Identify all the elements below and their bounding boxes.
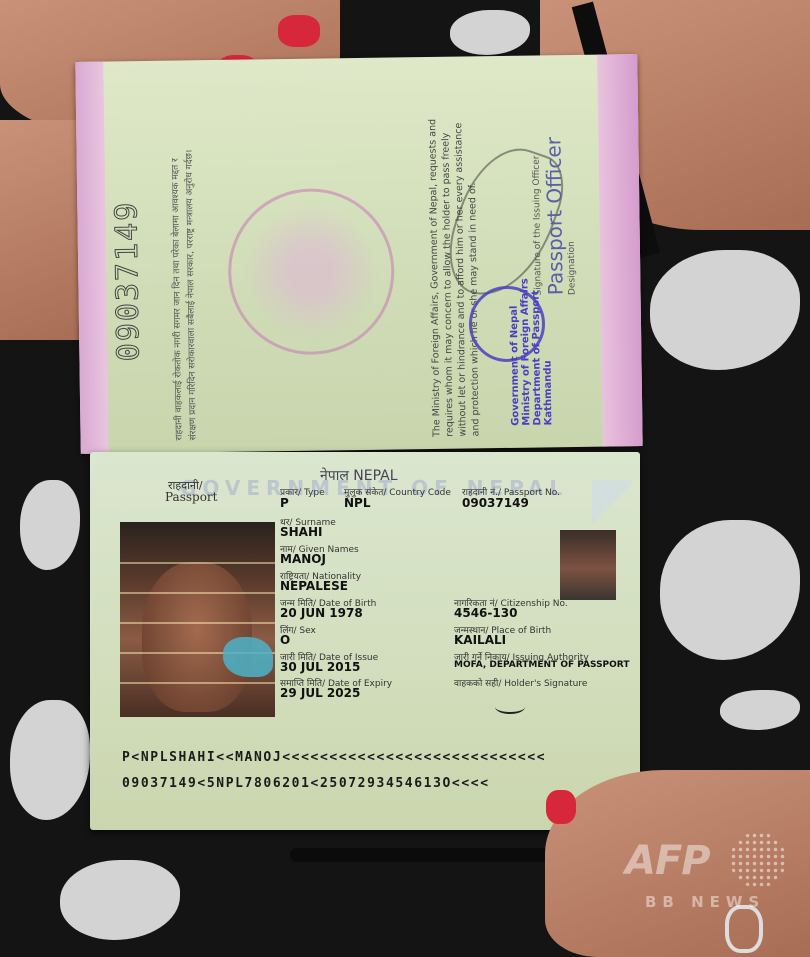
nepali-request-text: राहदानी वाहकलाई रोकतोक नगरी सगमर जान दिन…	[168, 140, 222, 441]
afp-watermark: AFP BB NEWS	[625, 838, 710, 884]
silver-ring	[725, 905, 763, 953]
designation-value: Passport Officer	[541, 95, 568, 295]
doc-label-english: Passport	[165, 490, 217, 504]
issuing-authority-value: MOFA, DEPARTMENT OF PASSPORT	[454, 660, 629, 670]
sex-value: O	[280, 633, 290, 647]
place-of-birth-value: KAILALI	[454, 633, 506, 647]
bb-news-label: BB NEWS	[645, 893, 765, 911]
passport-no-value: 09037149	[462, 496, 529, 510]
surname-value: SHAHI	[280, 525, 322, 539]
country-header: नेपाल NEPAL	[320, 466, 398, 485]
nepal-flag-hologram-icon	[592, 480, 632, 528]
nepal-emblem-icon	[227, 188, 395, 356]
citizenship-no-value: 4546-130	[454, 606, 517, 620]
date-of-expiry-value: 29 JUL 2025	[280, 686, 360, 700]
mrz-line-1: P<NPLSHAHI<<MANOJ<<<<<<<<<<<<<<<<<<<<<<<…	[122, 750, 546, 765]
nepal-map-hologram-icon	[223, 637, 273, 677]
designation-label: Designation	[565, 95, 578, 295]
pink-border	[75, 62, 108, 454]
country-code-value: NPL	[344, 496, 370, 510]
holder-signature-label: वाहकको सही/ Holder's Signature	[454, 676, 587, 689]
ghost-photo	[560, 530, 616, 600]
passport-top-page: 09037149 राहदानी वाहकलाई रोकतोक नगरी सगम…	[75, 54, 642, 454]
type-value: P	[280, 496, 289, 510]
fingernail	[546, 790, 576, 824]
pink-border	[597, 54, 642, 447]
mrz-line-2: 09037149<5NPL7806201<2507293454613O<<<<	[122, 776, 490, 791]
fingernail	[278, 15, 320, 47]
holder-photo	[120, 522, 275, 717]
dob-value: 20 JUN 1978	[280, 606, 363, 620]
holder-signature	[495, 700, 525, 714]
nationality-value: NEPALESE	[280, 579, 348, 593]
perforated-passport-number: 09037149	[109, 161, 138, 401]
afp-logo: AFP	[625, 838, 710, 884]
officer-designation: Signature of the Issuing Officer Passpor…	[531, 95, 589, 296]
afp-dot-globe-icon	[730, 832, 786, 888]
date-of-issue-value: 30 JUL 2015	[280, 660, 360, 674]
passport-data-page: GOVERNMENT OF NEPAL नेपाल NEPAL राहदानी/…	[90, 452, 640, 830]
given-names-value: MANOJ	[280, 552, 326, 566]
stamp-text: Government of Nepal Ministry of Foreign …	[508, 275, 590, 426]
